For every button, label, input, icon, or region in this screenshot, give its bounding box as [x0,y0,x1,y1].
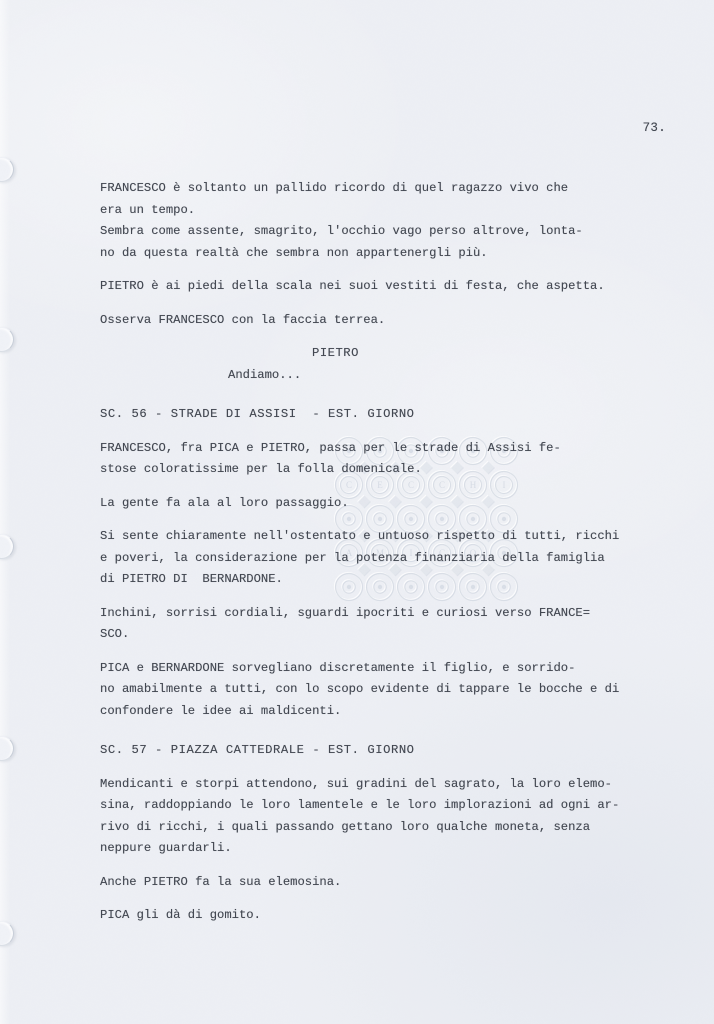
text-line: Sembra come assente, smagrito, l'occhio … [100,221,660,243]
scanned-script-page: { "page": { "number": "73.", "paper_colo… [0,0,714,1024]
action-paragraph: Mendicanti e storpi attendono, sui gradi… [100,774,660,860]
text-line: Osserva FRANCESCO con la faccia terrea. [100,310,660,332]
binder-hole-punch [0,327,14,352]
character-name: PIETRO [100,343,660,365]
text-line: confondere le idee ai maldicenti. [100,701,660,723]
text-line: Andiamo... [100,365,660,387]
binder-hole-punch [0,534,14,559]
text-line: no amabilmente a tutti, con lo scopo evi… [100,679,660,701]
action-paragraph: Inchini, sorrisi cordiali, sguardi ipocr… [100,603,660,646]
scene-heading-text: SC. 57 - PIAZZA CATTEDRALE - EST. GIORNO [100,740,660,762]
script-text-column: FRANCESCO è soltanto un pallido ricordo … [100,178,660,939]
text-line: FRANCESCO è soltanto un pallido ricordo … [100,178,660,200]
paper-left-edge-highlight [0,0,10,1024]
text-line: Mendicanti e storpi attendono, sui gradi… [100,774,660,796]
action-paragraph: PIETRO è ai piedi della scala nei suoi v… [100,276,660,298]
text-line: PICA gli dà di gomito. [100,905,660,927]
text-line: PICA e BERNARDONE sorvegliano discretame… [100,658,660,680]
scene-heading-text: SC. 56 - STRADE DI ASSISI - EST. GIORNO [100,404,660,426]
text-line: PIETRO è ai piedi della scala nei suoi v… [100,276,660,298]
action-paragraph: FRANCESCO è soltanto un pallido ricordo … [100,178,660,264]
action-paragraph: FRANCESCO, fra PICA e PIETRO, passa per … [100,438,660,481]
text-line: Anche PIETRO fa la sua elemosina. [100,872,660,894]
text-line: era un tempo. [100,200,660,222]
text-line: SCO. [100,624,660,646]
text-line: no da questa realtà che sembra non appar… [100,243,660,265]
dialogue-line: Andiamo... [100,365,660,387]
action-paragraph: La gente fa ala al loro passaggio. [100,493,660,515]
text-line: rivo di ricchi, i quali passando gettano… [100,817,660,839]
action-paragraph: Anche PIETRO fa la sua elemosina. [100,872,660,894]
text-line: sina, raddoppiando le loro lamentele e l… [100,795,660,817]
binder-hole-punch [0,157,14,182]
scene-heading-57: SC. 57 - PIAZZA CATTEDRALE - EST. GIORNO [100,740,660,762]
action-paragraph: PICA e BERNARDONE sorvegliano discretame… [100,658,660,723]
text-line: FRANCESCO, fra PICA e PIETRO, passa per … [100,438,660,460]
text-line: stose coloratissime per la folla domenic… [100,459,660,481]
action-paragraph: PICA gli dà di gomito. [100,905,660,927]
text-line: Si sente chiaramente nell'ostentato e un… [100,526,660,548]
character-cue: PIETRO [100,343,660,365]
text-line: di PIETRO DI BERNARDONE. [100,569,660,591]
page-number: 73. [643,121,666,135]
scene-heading-56: SC. 56 - STRADE DI ASSISI - EST. GIORNO [100,404,660,426]
action-paragraph: Si sente chiaramente nell'ostentato e un… [100,526,660,591]
text-line: La gente fa ala al loro passaggio. [100,493,660,515]
text-line: neppure guardarli. [100,838,660,860]
action-paragraph: Osserva FRANCESCO con la faccia terrea. [100,310,660,332]
text-line: Inchini, sorrisi cordiali, sguardi ipocr… [100,603,660,625]
binder-hole-punch [0,736,14,761]
text-line: e poveri, la considerazione per la poten… [100,548,660,570]
binder-hole-punch [0,921,14,946]
